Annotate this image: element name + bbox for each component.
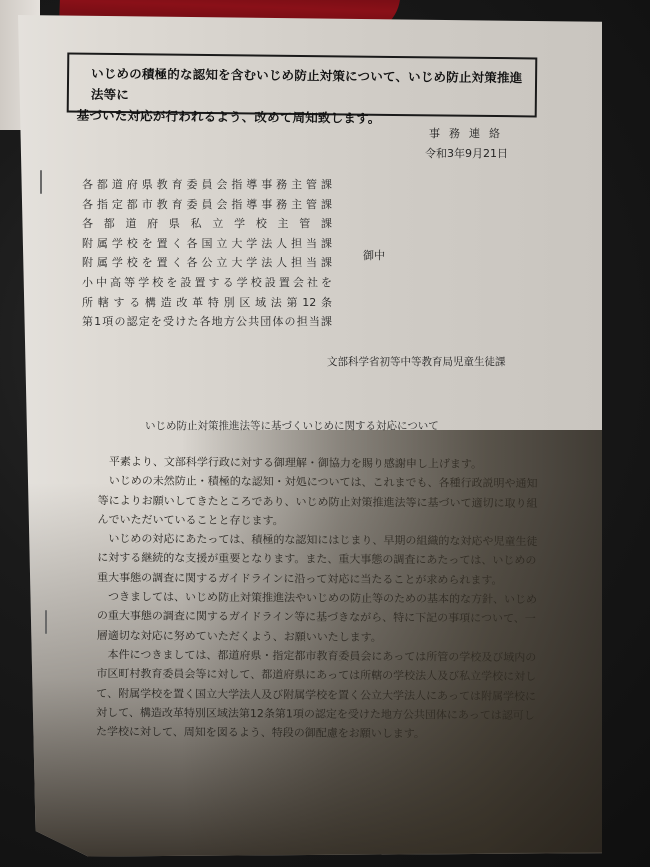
notice-box: いじめの積極的な認知を含むいじめ防止対策について、いじめ防止対策推進法等に 基づ… xyxy=(67,53,538,118)
addressee: 附属学校を置く各公立大学法人担当課 xyxy=(82,253,332,273)
paragraph: 本件につきましては、都道府県・指定都市教育委員会にあっては所管の学校及び域内の市… xyxy=(96,645,537,745)
honorific: 御中 xyxy=(363,247,385,263)
addressee: 各指定都市教育委員会指導事務主管課 xyxy=(82,195,332,215)
paragraph: いじめの対応にあたっては、積極的な認知にはじまり、早期の組織的な対応や児童生徒に… xyxy=(97,529,537,590)
document-kind: 事務連絡 xyxy=(425,124,509,144)
addressee: 各都道府県私立学校主管課 xyxy=(82,214,332,234)
addressee: 各都道府県教育委員会指導事務主管課 xyxy=(82,175,332,195)
body-text: 平素より、文部科学行政に対する御理解・御協力を賜り感謝申し上げます。 いじめの未… xyxy=(96,452,538,745)
document-header: 事務連絡 令和3年9月21日 xyxy=(425,124,509,164)
document: いじめの積極的な認知を含むいじめ防止対策について、いじめ防止対策推進法等に 基づ… xyxy=(0,0,650,867)
addressee: 所轄する構造改革特別区域法第12条 xyxy=(82,293,332,313)
show-through-text xyxy=(430,145,580,345)
addressee: 附属学校を置く各国立大学法人担当課 xyxy=(82,234,332,254)
document-date: 令和3年9月21日 xyxy=(425,144,509,164)
sender: 文部科学省初等中等教育局児童生徒課 xyxy=(327,354,506,369)
paragraph: いじめの未然防止・積極的な認知・対処については、これまでも、各種行政説明や通知等… xyxy=(97,471,537,532)
addressee: 第1項の認定を受けた各地方公共団体の担当課 xyxy=(82,312,332,332)
addressee-list: 各都道府県教育委員会指導事務主管課 各指定都市教育委員会指導事務主管課 各都道府… xyxy=(82,175,332,332)
notice-line-1: いじめの積極的な認知を含むいじめ防止対策について、いじめ防止対策推進法等に xyxy=(77,63,527,110)
paragraph: つきましては、いじめ防止対策推進法やいじめの防止等のための基本的な方針、いじめの… xyxy=(97,587,537,648)
document-title: いじめ防止対策推進法等に基づくいじめに関する対応について xyxy=(145,418,439,433)
addressee: 小中高等学校を設置する学校設置会社を xyxy=(82,273,332,293)
